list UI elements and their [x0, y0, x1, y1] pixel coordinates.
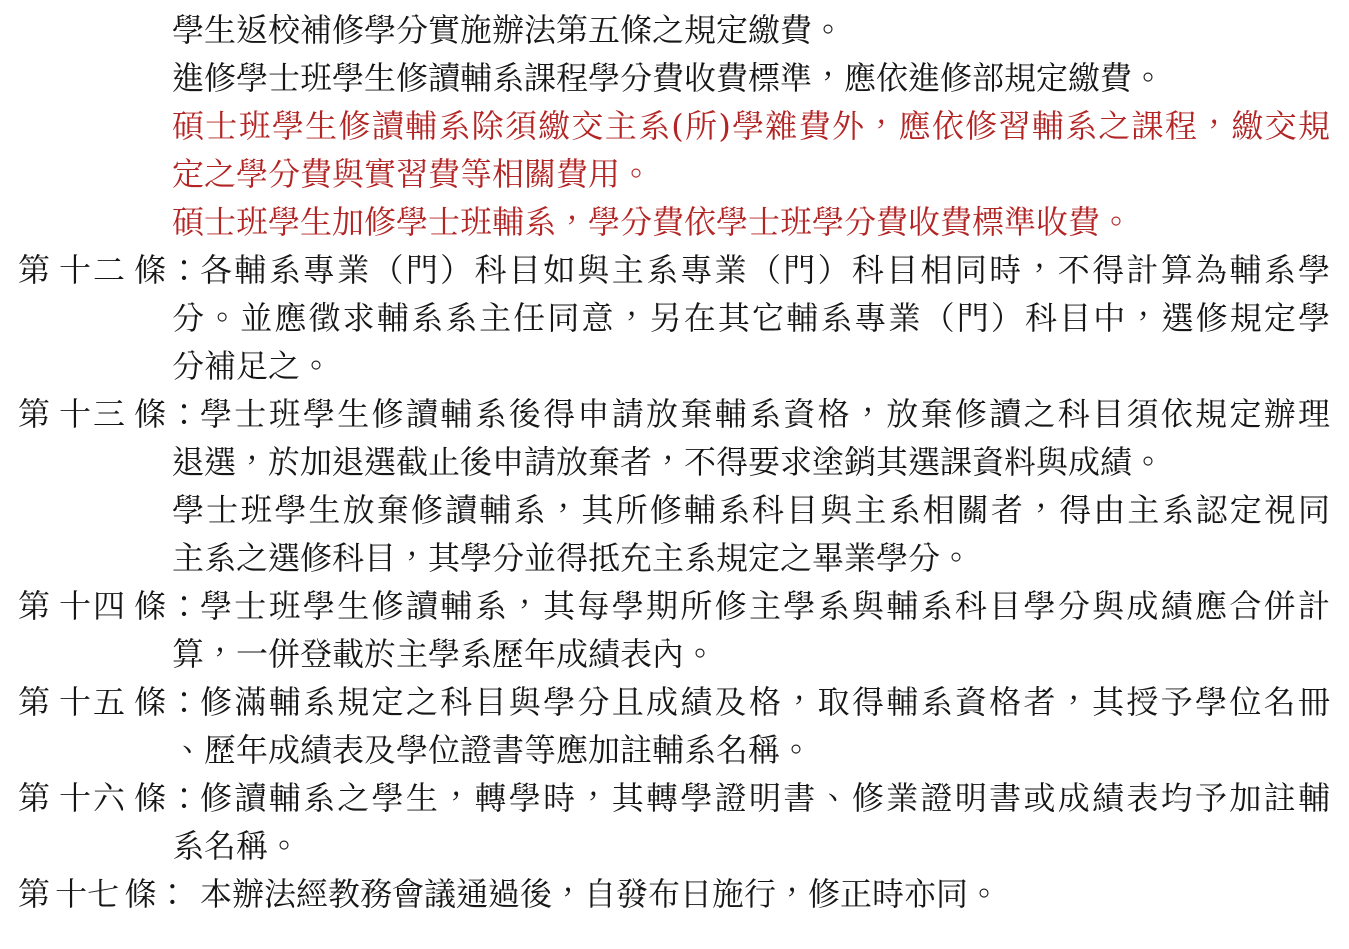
prev-article-red-note-line-2: 定之學分費與實習費等相關費用。: [0, 150, 1349, 198]
prev-article-red-note-line-1: 碩士班學生修讀輔系除須繳交主系(所)學雜費外，應依修習輔系之課程，繳交規: [0, 102, 1349, 150]
article-16-text-1: 修讀輔系之學生，轉學時，其轉學證明書、修業證明書或成績表均予加註輔: [200, 779, 1330, 817]
article-14-number: 第 十四 條：: [18, 582, 200, 630]
article-13-line-2: 退選，於加退選截止後申請放棄者，不得要求塗銷其選課資料與成績。: [0, 438, 1349, 486]
article-15-line-2: 、歷年成績表及學位證書等應加註輔系名稱。: [0, 726, 1349, 774]
article-16-line-1: 第 十六 條：修讀輔系之學生，轉學時，其轉學證明書、修業證明書或成績表均予加註輔: [0, 774, 1349, 822]
article-14-line-1: 第 十四 條：學士班學生修讀輔系，其每學期所修主學系與輔系科目學分與成績應合併計: [0, 582, 1349, 630]
article-12-text-1: 各輔系專業（門）科目如與主系專業（門）科目相同時，不得計算為輔系學: [200, 251, 1330, 289]
article-16-number: 第 十六 條：: [18, 774, 200, 822]
prev-article-continuation-1: 學生返校補修學分實施辦法第五條之規定繳費。: [0, 6, 1349, 54]
article-14-text-1: 學士班學生修讀輔系，其每學期所修主學系與輔系科目學分與成績應合併計: [200, 587, 1330, 625]
article-13-line-3: 學士班學生放棄修讀輔系，其所修輔系科目與主系相關者，得由主系認定視同: [0, 486, 1349, 534]
article-13-line-4: 主系之選修科目，其學分並得抵充主系規定之畢業學分。: [0, 534, 1349, 582]
article-15-line-1: 第 十五 條：修滿輔系規定之科目與學分且成績及格，取得輔系資格者，其授予學位名冊: [0, 678, 1349, 726]
article-13-number: 第 十三 條：: [18, 390, 200, 438]
article-15-text-1: 修滿輔系規定之科目與學分且成績及格，取得輔系資格者，其授予學位名冊: [200, 683, 1330, 721]
article-13-line-1: 第 十三 條：學士班學生修讀輔系後得申請放棄輔系資格，放棄修讀之科目須依規定辦理: [0, 390, 1349, 438]
article-12-number: 第 十二 條：: [18, 246, 200, 294]
article-12-line-2: 分。並應徵求輔系系主任同意，另在其它輔系專業（門）科目中，選修規定學: [0, 294, 1349, 342]
article-12-line-1: 第 十二 條：各輔系專業（門）科目如與主系專業（門）科目相同時，不得計算為輔系學: [0, 246, 1349, 294]
prev-article-continuation-2: 進修學士班學生修讀輔系課程學分費收費標準，應依進修部規定繳費。: [0, 54, 1349, 102]
prev-article-red-note-line-3: 碩士班學生加修學士班輔系，學分費依學士班學分費收費標準收費。: [0, 198, 1349, 246]
article-12-line-3: 分補足之。: [0, 342, 1349, 390]
article-17-number: 第 十七 條：: [18, 870, 200, 918]
regulation-document-page: 學生返校補修學分實施辦法第五條之規定繳費。 進修學士班學生修讀輔系課程學分費收費…: [0, 0, 1349, 949]
article-17-text-1: 本辦法經教務會議通過後，自發布日施行，修正時亦同。: [200, 875, 1000, 913]
article-13-text-1: 學士班學生修讀輔系後得申請放棄輔系資格，放棄修讀之科目須依規定辦理: [200, 395, 1330, 433]
article-15-number: 第 十五 條：: [18, 678, 200, 726]
article-17-line-1: 第 十七 條：本辦法經教務會議通過後，自發布日施行，修正時亦同。: [0, 870, 1349, 918]
article-16-line-2: 系名稱。: [0, 822, 1349, 870]
article-14-line-2: 算，一併登載於主學系歷年成績表內。: [0, 630, 1349, 678]
